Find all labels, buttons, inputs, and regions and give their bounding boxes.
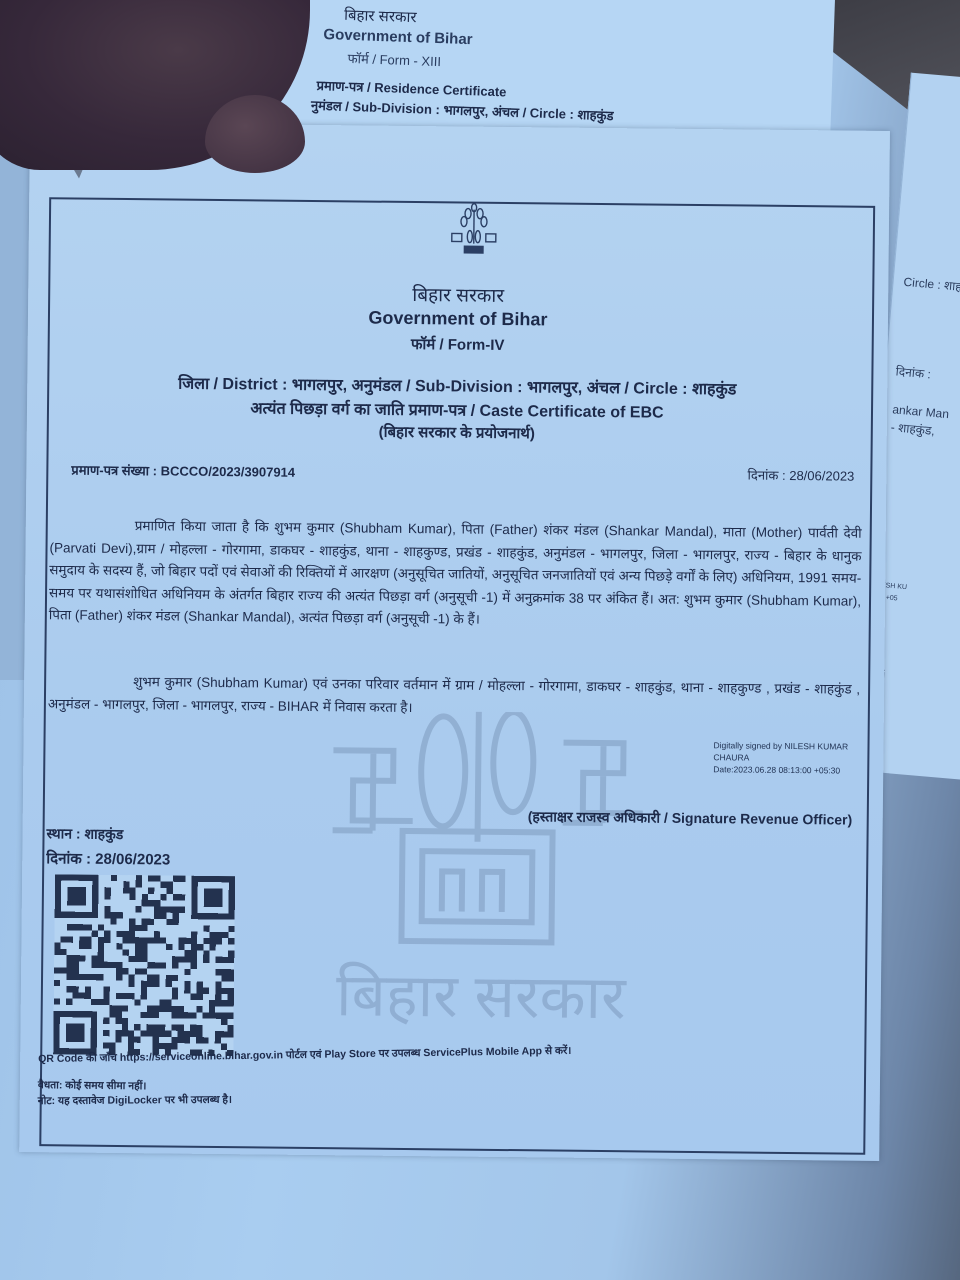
digital-signature-date: Date:2023.06.28 08:13:00 +05:30 [713,763,883,777]
certificate-paragraph-2: शुभम कुमार (Shubham Kumar) एवं उनका परिव… [48,670,860,724]
bihar-emblem-icon [444,201,505,262]
emblem-watermark-icon: बिहार सरकार [310,710,653,1044]
certificate-date: दिनांक : 28/06/2023 [748,466,855,485]
digilocker-note: नोट: यह दस्तावेज DigiLocker पर भी उपलब्ध… [38,1093,232,1108]
certificate-paragraph-1: प्रमाणित किया जाता है कि शुभम कुमार (Shu… [49,514,862,635]
digital-signature: Digitally signed by NILESH KUMAR CHAURA … [713,739,883,777]
validity-note: वैधता: कोई समय सीमा नहीं। [38,1078,147,1093]
svg-text:बिहार सरकार: बिहार सरकार [336,961,628,1031]
signature-label: (हस्ताक्षर राजस्व अधिकारी / Signature Re… [528,807,853,829]
qr-code[interactable] [48,874,240,1056]
caste-certificate: बिहार सरकार Government of Bihar फॉर्म / … [19,122,890,1161]
fragment: दिनांक : [895,362,931,382]
digital-signature-signer: Digitally signed by NILESH KUMAR CHAURA [713,739,883,765]
issue-date: दिनांक : 28/06/2023 [46,848,170,869]
place: स्थान : शाहकुंड [46,824,123,844]
certificate-number: प्रमाण-पत्र संख्या : BCCCO/2023/3907914 [71,460,295,480]
fragment: - शाहकुंड, [890,418,935,439]
fragment: Circle : शाह [903,273,960,295]
